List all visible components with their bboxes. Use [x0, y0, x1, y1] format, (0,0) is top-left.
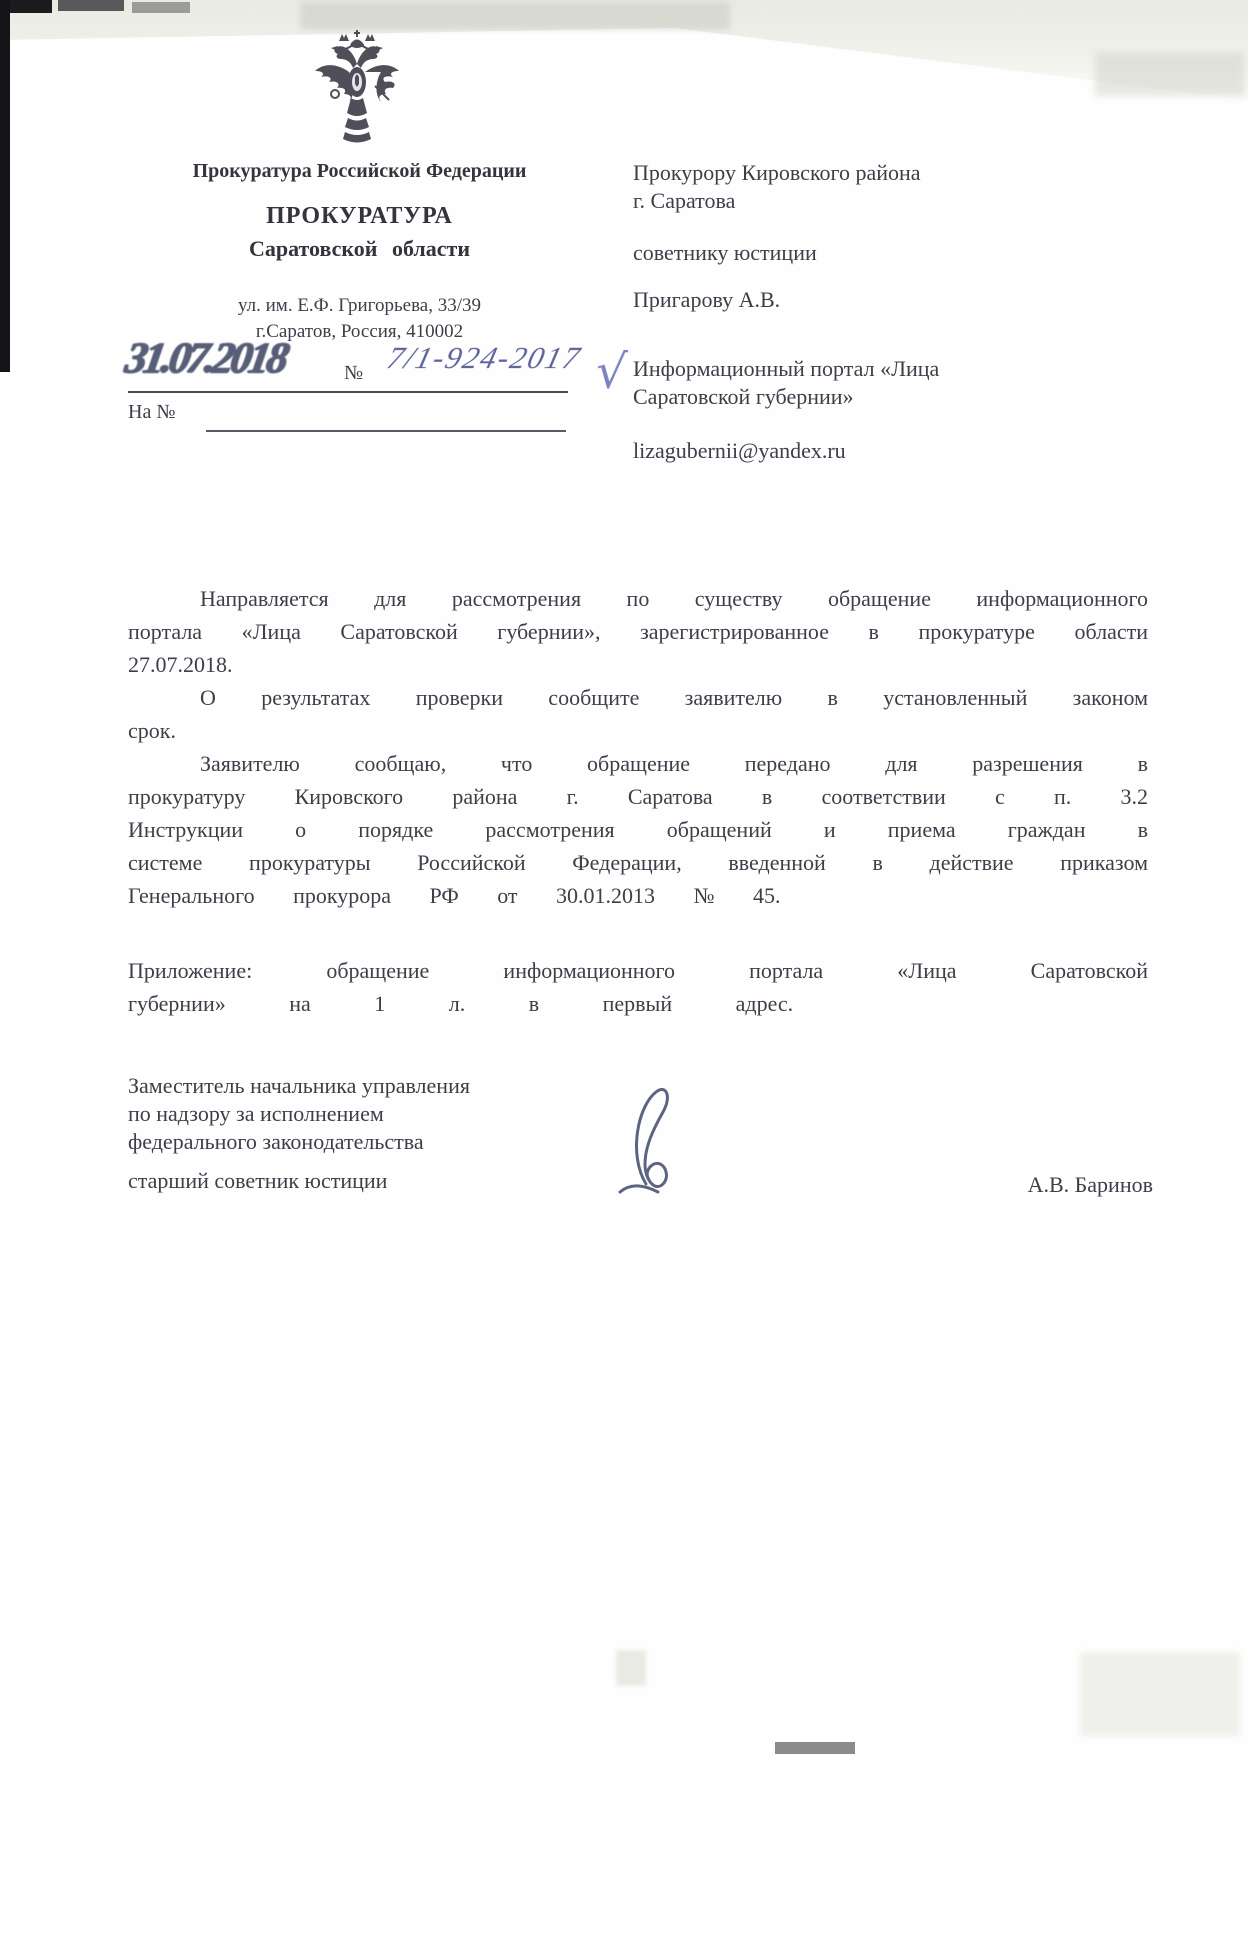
handwritten-outgoing-number: 7/1-924-2017	[384, 340, 586, 376]
handwritten-date: 31.07.2018	[120, 326, 367, 393]
signer-rank: старший советник юстиции	[128, 1168, 387, 1194]
signer-title-line3: федерального законодательства	[128, 1128, 648, 1156]
signer-title-block: Заместитель начальника управления по над…	[128, 1072, 648, 1156]
number-sign-label: №	[344, 362, 363, 385]
scan-artifact-smudge	[616, 1650, 646, 1686]
date-number-underline	[128, 391, 568, 393]
attachment-note: Приложение: обращение информационного по…	[128, 954, 1148, 1020]
coat-of-arms-eagle-icon	[311, 28, 403, 158]
body-paragraph-3: Заявителю сообщаю, что обращение передан…	[128, 747, 1148, 912]
body-paragraph-2: О результатах проверки сообщите заявител…	[128, 681, 1148, 747]
applicant-org-line2: Саратовской губернии»	[633, 384, 854, 410]
org-name-line2: Саратовской области	[127, 236, 592, 262]
reference-number-underline	[206, 430, 566, 432]
reference-number-label: На №	[128, 401, 175, 424]
scan-artifact-bottom-bar	[775, 1742, 855, 1754]
signer-title-line2: по надзору за исполнением	[128, 1100, 648, 1128]
addressee-rank: советнику юстиции	[633, 240, 817, 266]
body-paragraph-1: Направляется для рассмотрения по существ…	[128, 582, 1148, 681]
addressee-name: Пригарову А.В.	[633, 287, 780, 313]
scan-artifact-corner-mark	[58, 0, 124, 11]
signer-title-line1: Заместитель начальника управления	[128, 1072, 648, 1100]
applicant-org-line1: Информационный портал «Лица	[633, 356, 939, 382]
scan-artifact-left-edge	[0, 0, 10, 372]
org-address-line1: ул. им. Е.Ф. Григорьева, 33/39	[127, 295, 592, 317]
org-name-line1: ПРОКУРАТУРА	[127, 203, 592, 230]
letter-body: Направляется для рассмотрения по существ…	[128, 582, 1148, 1020]
signer-name: А.В. Баринов	[1028, 1172, 1153, 1198]
applicant-email: lizagubernii@yandex.ru	[633, 438, 846, 464]
handwritten-signature	[612, 1082, 704, 1200]
addressee-position-line1: Прокурору Кировского района	[633, 160, 921, 186]
scan-artifact-smudge	[1080, 1652, 1240, 1736]
scan-artifact-noise	[1095, 52, 1245, 96]
org-country-line: Прокуратура Российской Федерации	[127, 160, 592, 183]
scanned-letter-page: Прокуратура Российской Федерации ПРОКУРА…	[0, 0, 1248, 1952]
scan-artifact-noise	[300, 2, 730, 30]
handwritten-checkmark-icon: √	[594, 343, 628, 401]
scan-artifact-corner-mark	[132, 2, 190, 13]
addressee-position-line2: г. Саратова	[633, 188, 735, 214]
